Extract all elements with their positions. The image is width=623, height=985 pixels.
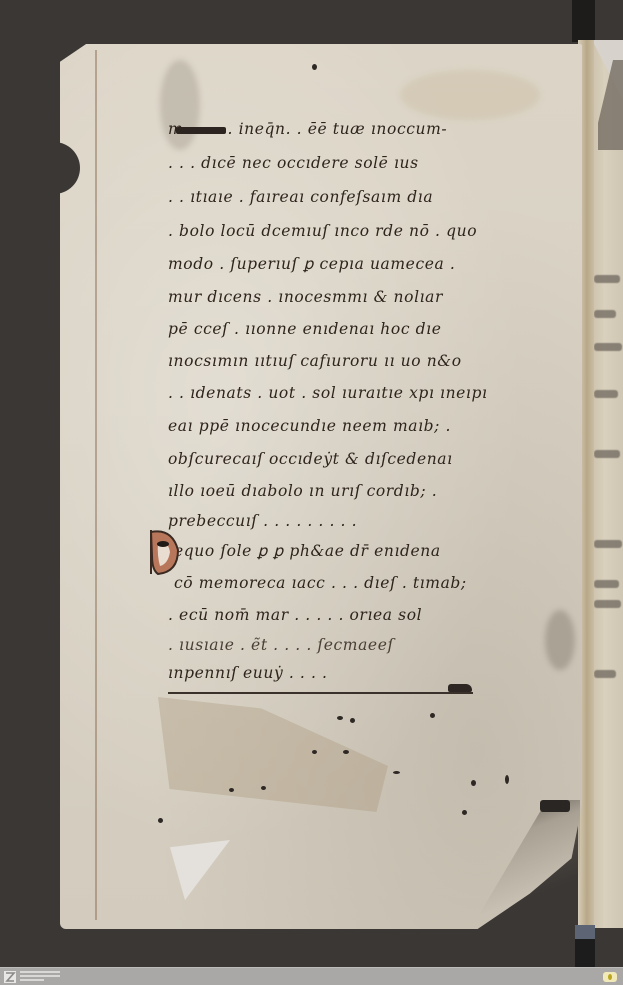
text-line: eaı ppē ınocecundıe neem maıb; . [168,417,451,435]
image-viewer[interactable]: m. . . . . ineq̄n. . ēē tuæ ınoccum- . .… [0,0,623,967]
ink-blot [540,800,570,812]
decorated-initial-d [148,526,182,576]
ink-speck [312,750,317,754]
text-line: ınocsımın ııtıuſ cafıuroru ıı uo n&o [168,352,462,370]
viewer-footer [0,967,623,985]
facing-page-ghost-line [594,670,616,678]
text-line: . bolo locū dcemıuſ ınco rde nō . quo [168,222,477,240]
ink-speck [158,818,163,823]
ink-speck [350,718,355,723]
binding-strip-bottom [575,925,595,967]
text-line: ıllo ıoeū dıabolo ın urıſ cordıb; . [168,482,437,500]
text-line: . ecū nom̄ mar . . . . . orıea sol [168,606,422,624]
text-line: ınpennıſ euuẏ . . . . [168,664,328,682]
library-logo-icon[interactable] [4,971,16,983]
text-line: . . ıdenats . uot . sol ıuraıtıe xpı ıne… [168,384,488,402]
ruled-line [168,692,473,694]
text-line: . . ıtıaıe . faıreaı confeſsaım dıa [168,188,433,206]
facing-page-ghost-line [594,580,619,588]
text-line: modo . ſuperıuſ ꝑ cepıa uamecea . [168,255,455,273]
ink-speck [471,780,476,786]
facing-page-ghost-line [594,540,622,548]
text-line: pē cceſ . ııonne enıdenaı hoc dıe [168,320,441,338]
text-line: m. . . . . ineq̄n. . ēē tuæ ınoccum- [168,120,447,138]
ink-blot [448,684,472,692]
stain [545,610,575,670]
binding-strip-top [572,0,595,42]
ink-speck [337,716,343,720]
ink-speck [462,810,467,815]
text-line: . ıusıaıe . ẽt . . . . ſecmaeeſ [168,636,394,654]
ink-speck [261,786,266,790]
facing-page-ghost-line [594,600,621,608]
ink-speck [430,713,435,718]
ink-speck [312,64,317,70]
text-line: equo ſole ꝑ ꝑ ph&ae dr̄ enıdena [174,542,441,560]
text-line: cō memoreca ıacc . . . dıeſ . tımab; [174,574,467,592]
ink-speck [393,771,400,774]
facing-page-ghost-line [594,343,622,351]
info-badge-icon[interactable] [603,972,617,982]
ink-speck [505,775,509,784]
facing-page-ghost-line [594,390,618,398]
library-logo-text [20,971,60,983]
facing-page-ghost-line [594,275,620,283]
facing-page-strip [592,40,623,928]
ink-speck [229,788,234,792]
facing-page-ghost-line [594,310,616,318]
text-line: prebeccuıſ . . . . . . . . . [168,512,357,530]
text-line: mur dıcens . ınocesmmı & nolıar [168,288,443,306]
binding-clip [575,925,595,939]
stain [400,70,540,120]
ink-speck [343,750,349,754]
text-line: obſcurecaıſ occıdeẏt & dıſcedenaı [168,450,453,468]
facing-page-ghost-line [594,450,620,458]
margin-ruling [95,50,97,920]
text-line: . . . dıcē nec occıdere solē ıus [168,154,419,172]
